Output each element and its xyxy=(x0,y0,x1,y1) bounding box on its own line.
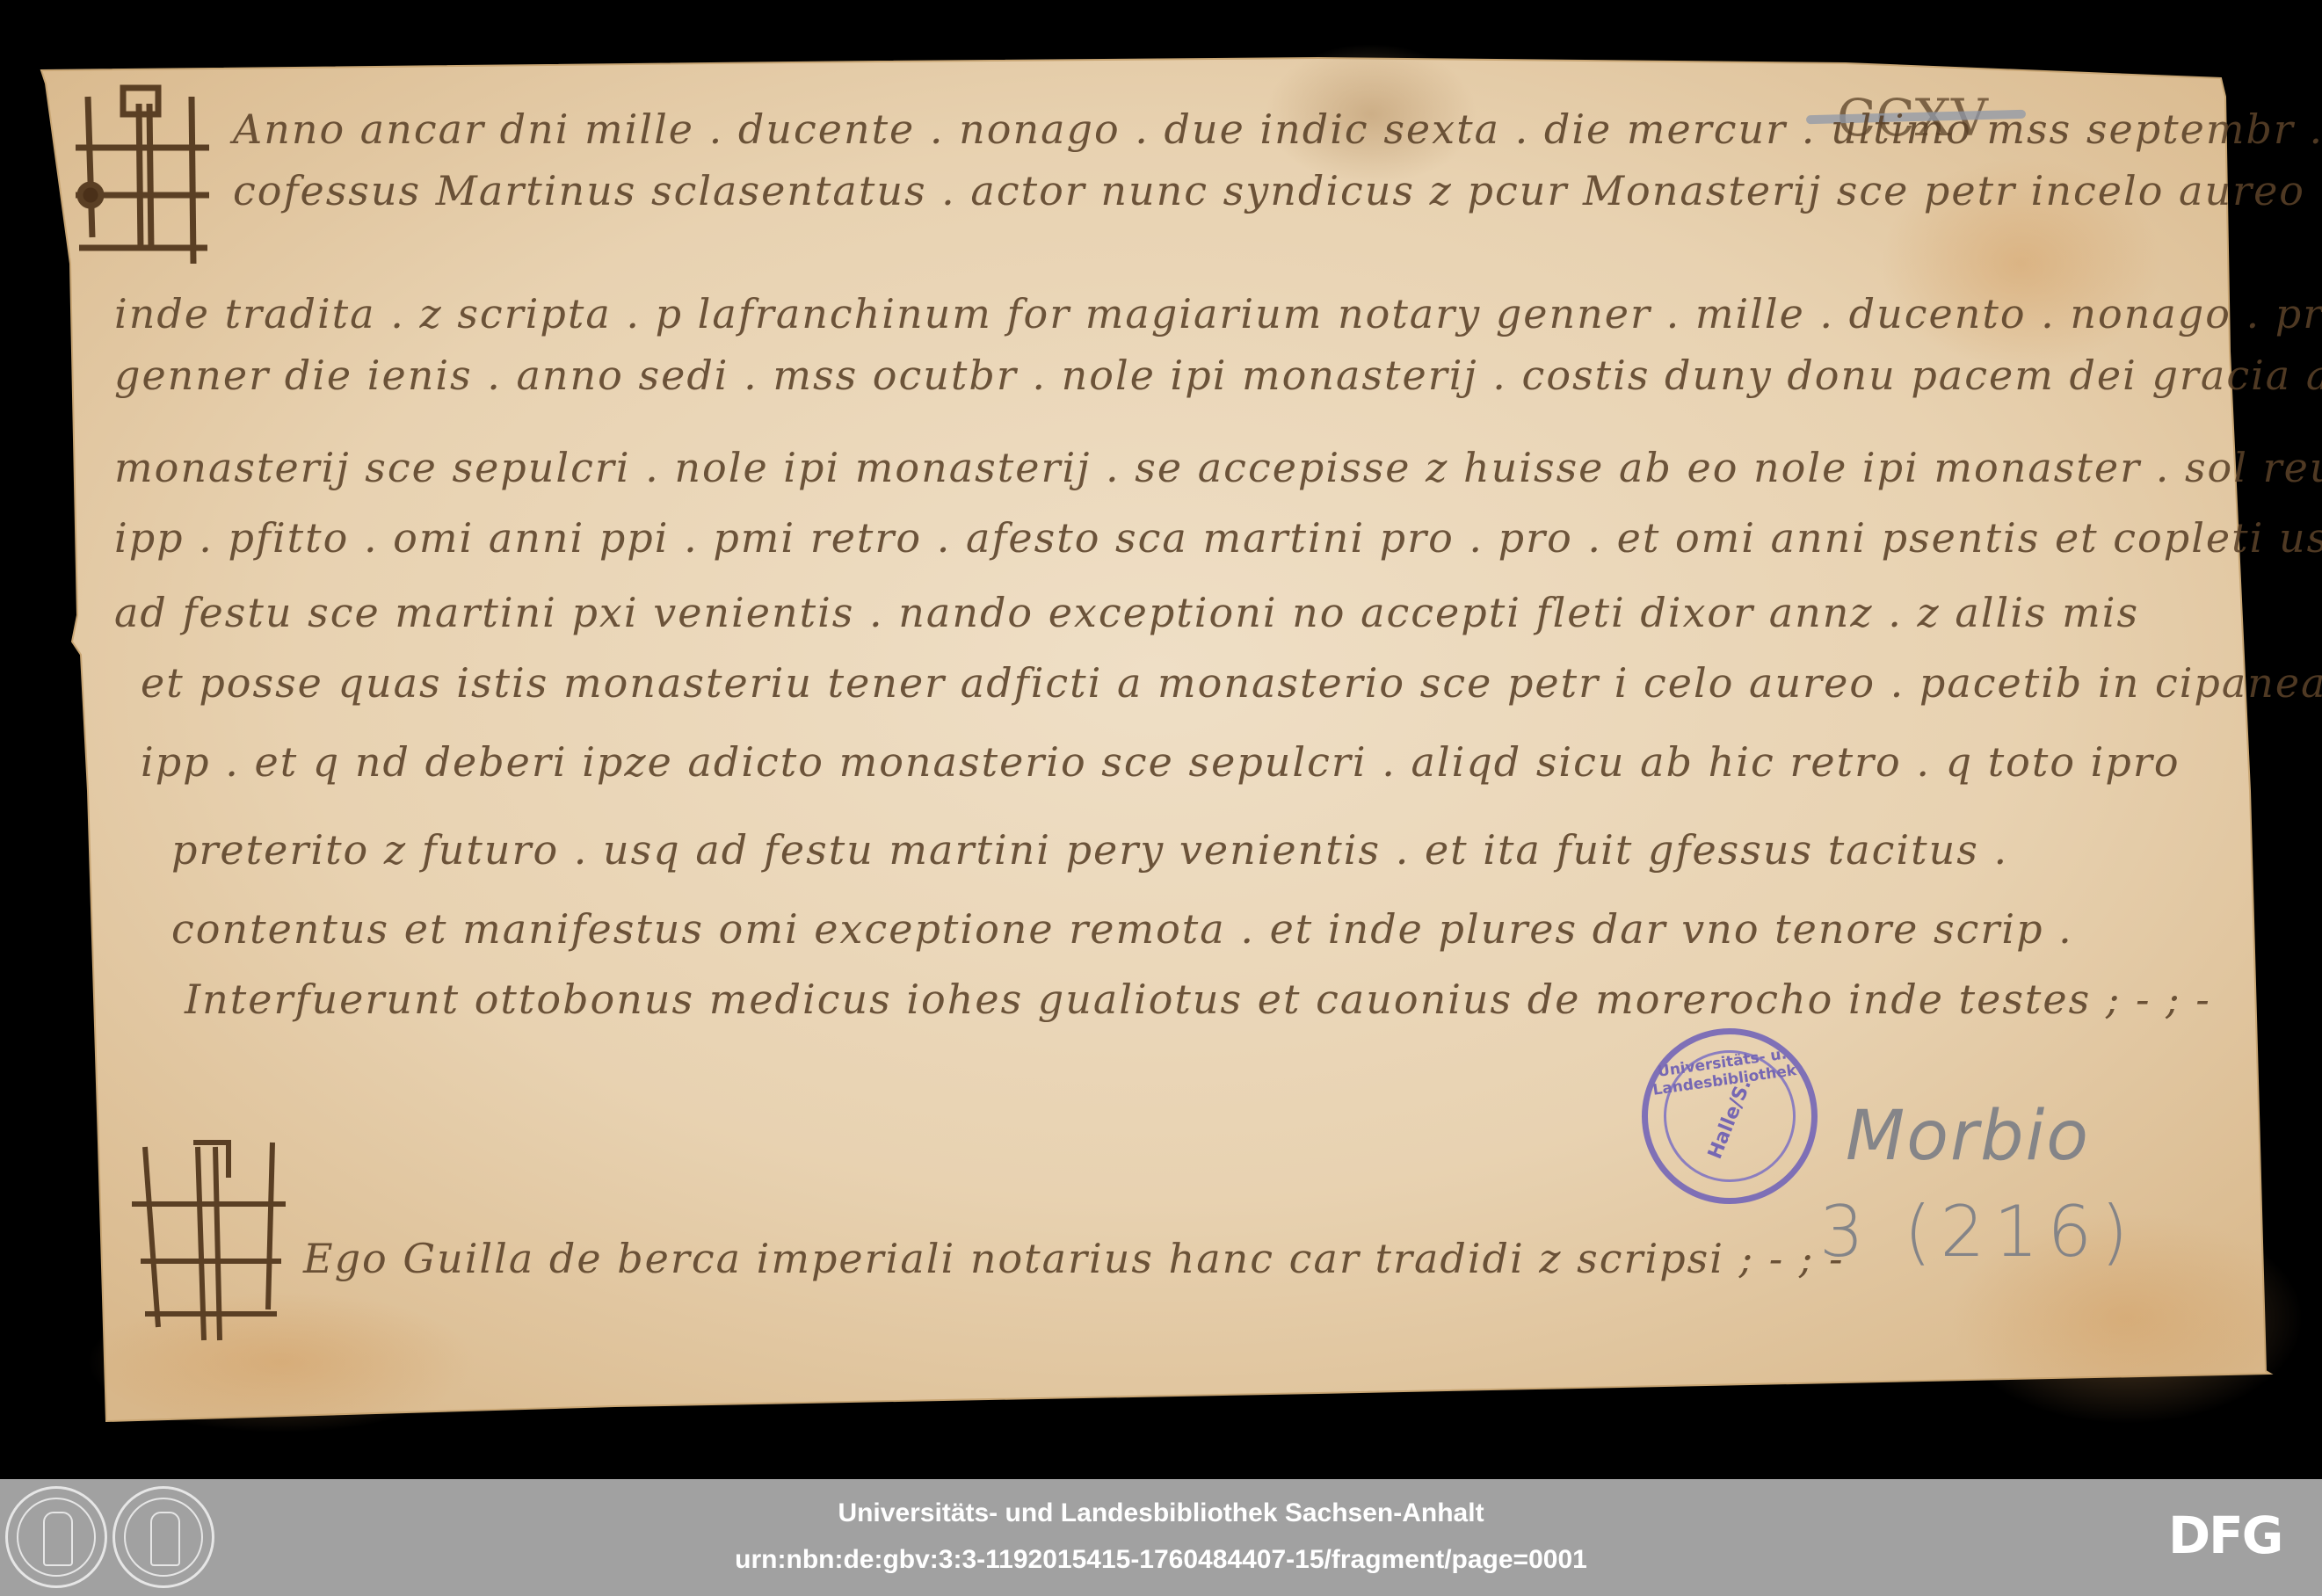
text-line-7: ad festu sce martini pxi venientis . nan… xyxy=(114,589,2139,636)
text-line-9: ipp . et q nd deberi ipze adicto monaste… xyxy=(141,738,2181,786)
document-viewer: CCXV Anno ancar dni mille . ducente . no… xyxy=(0,0,2322,1479)
text-line-10: preterito z futuro . usq ad festu martin… xyxy=(171,826,2008,874)
text-line-5: monasterij sce sepulcri . nole ipi monas… xyxy=(114,444,2322,491)
pencil-annotation-shelfmark: 3 (216) xyxy=(1819,1191,2137,1273)
text-line-8: et posse quas istis monasteriu tener adf… xyxy=(141,659,2322,707)
text-line-2: cofessus Martinus sclasentatus . actor n… xyxy=(233,167,2322,214)
text-line-1: Anno ancar dni mille . ducente . nonago … xyxy=(233,105,2322,153)
institution-name: Universitäts- und Landesbibliothek Sachs… xyxy=(0,1498,2322,1528)
urn-identifier[interactable]: urn:nbn:de:gbv:3:3-1192015415-1760484407… xyxy=(0,1545,2322,1575)
pencil-annotation-name: Morbio xyxy=(1846,1097,2090,1176)
text-line-11: contentus et manifestus omi exceptione r… xyxy=(171,905,2073,953)
text-line-4: genner die ienis . anno sedi . mss ocutb… xyxy=(114,352,2322,399)
notary-subscription: Ego Guilla de berca imperiali notarius h… xyxy=(303,1235,1845,1282)
dfg-logo: DFG xyxy=(2168,1505,2282,1565)
text-line-12: Interfuerunt ottobonus medicus iohes gua… xyxy=(185,976,2211,1023)
parchment-charter: CCXV Anno ancar dni mille . ducente . no… xyxy=(0,0,2322,1479)
text-line-3: inde tradita . z scripta . p lafranchinu… xyxy=(114,290,2322,337)
text-line-6: ipp . pfitto . omi anni ppi . pmi retro … xyxy=(114,514,2322,562)
footer-bar: Universitäts- und Landesbibliothek Sachs… xyxy=(0,1479,2322,1596)
